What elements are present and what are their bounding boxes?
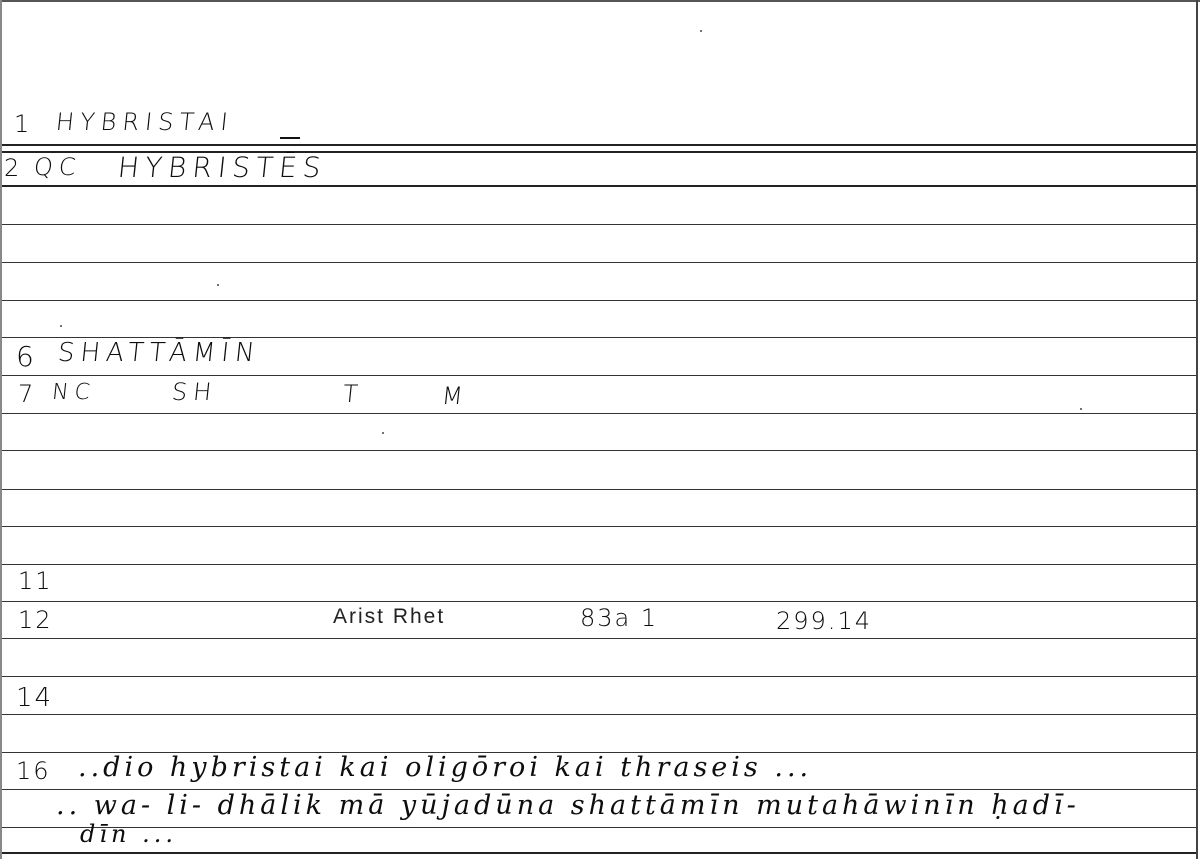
root-letter: T: [342, 380, 366, 408]
macron-mark: [280, 137, 300, 139]
line-number: 1: [14, 110, 31, 138]
line-number: 7: [18, 380, 35, 408]
greek-quotation: ..dio hybristai kai oligōroi kai thrasei…: [78, 752, 812, 783]
arabic-translation-line1: .. wa- li- dhālik mā yūjadūna shattāmīn …: [56, 790, 1080, 821]
ruled-line: [2, 852, 1196, 854]
line-number: 14: [16, 683, 53, 713]
line-number: 16: [16, 757, 51, 785]
ruled-line: [2, 450, 1196, 451]
grammar-code: NC: [51, 380, 97, 405]
card-border-top: [0, 0, 1200, 2]
line-number: 11: [18, 567, 53, 595]
source-reference: Arist Rhet: [333, 605, 445, 629]
bekker-reference: 83a 1: [580, 604, 658, 632]
arabic-translation-line2: dīn ...: [80, 820, 177, 848]
grammar-code: QC: [33, 153, 84, 181]
root-letter: M: [441, 382, 471, 410]
line-number: 12: [18, 606, 53, 634]
ruled-line: [2, 676, 1196, 677]
line-number: 2: [4, 154, 21, 182]
ruled-line: [2, 300, 1196, 301]
ruled-line: [2, 526, 1196, 527]
lemma-greek: HYBRISTĒS: [116, 151, 328, 184]
ruled-line: [2, 144, 1196, 146]
line-number: 6: [16, 340, 36, 373]
index-card: 1 HYBRISTAI 2 QC HYBRISTĒS 6 SHATTĀMĪN 7…: [0, 0, 1200, 859]
headword-arabic: SHATTĀMĪN: [56, 338, 262, 368]
ruled-line: [2, 827, 1196, 828]
speck: [217, 284, 219, 286]
ruled-line: [2, 413, 1196, 414]
ruled-line: [2, 224, 1196, 225]
speck: [700, 30, 702, 32]
card-border-left: [0, 0, 2, 859]
speck: [1080, 408, 1082, 410]
speck: [382, 432, 384, 434]
card-border-right: [1196, 0, 1198, 859]
speck: [60, 325, 62, 327]
ruled-line: [2, 564, 1196, 565]
page-reference: 299.14: [776, 607, 872, 635]
headword-greek: HYBRISTAI: [55, 108, 236, 136]
ruled-line: [2, 375, 1196, 376]
ruled-line: [2, 601, 1196, 602]
ruled-line: [2, 714, 1196, 715]
root-letter: SH: [171, 378, 219, 406]
ruled-line: [2, 638, 1196, 639]
ruled-line: [2, 262, 1196, 263]
ruled-line: [2, 489, 1196, 490]
ruled-line: [2, 185, 1196, 187]
